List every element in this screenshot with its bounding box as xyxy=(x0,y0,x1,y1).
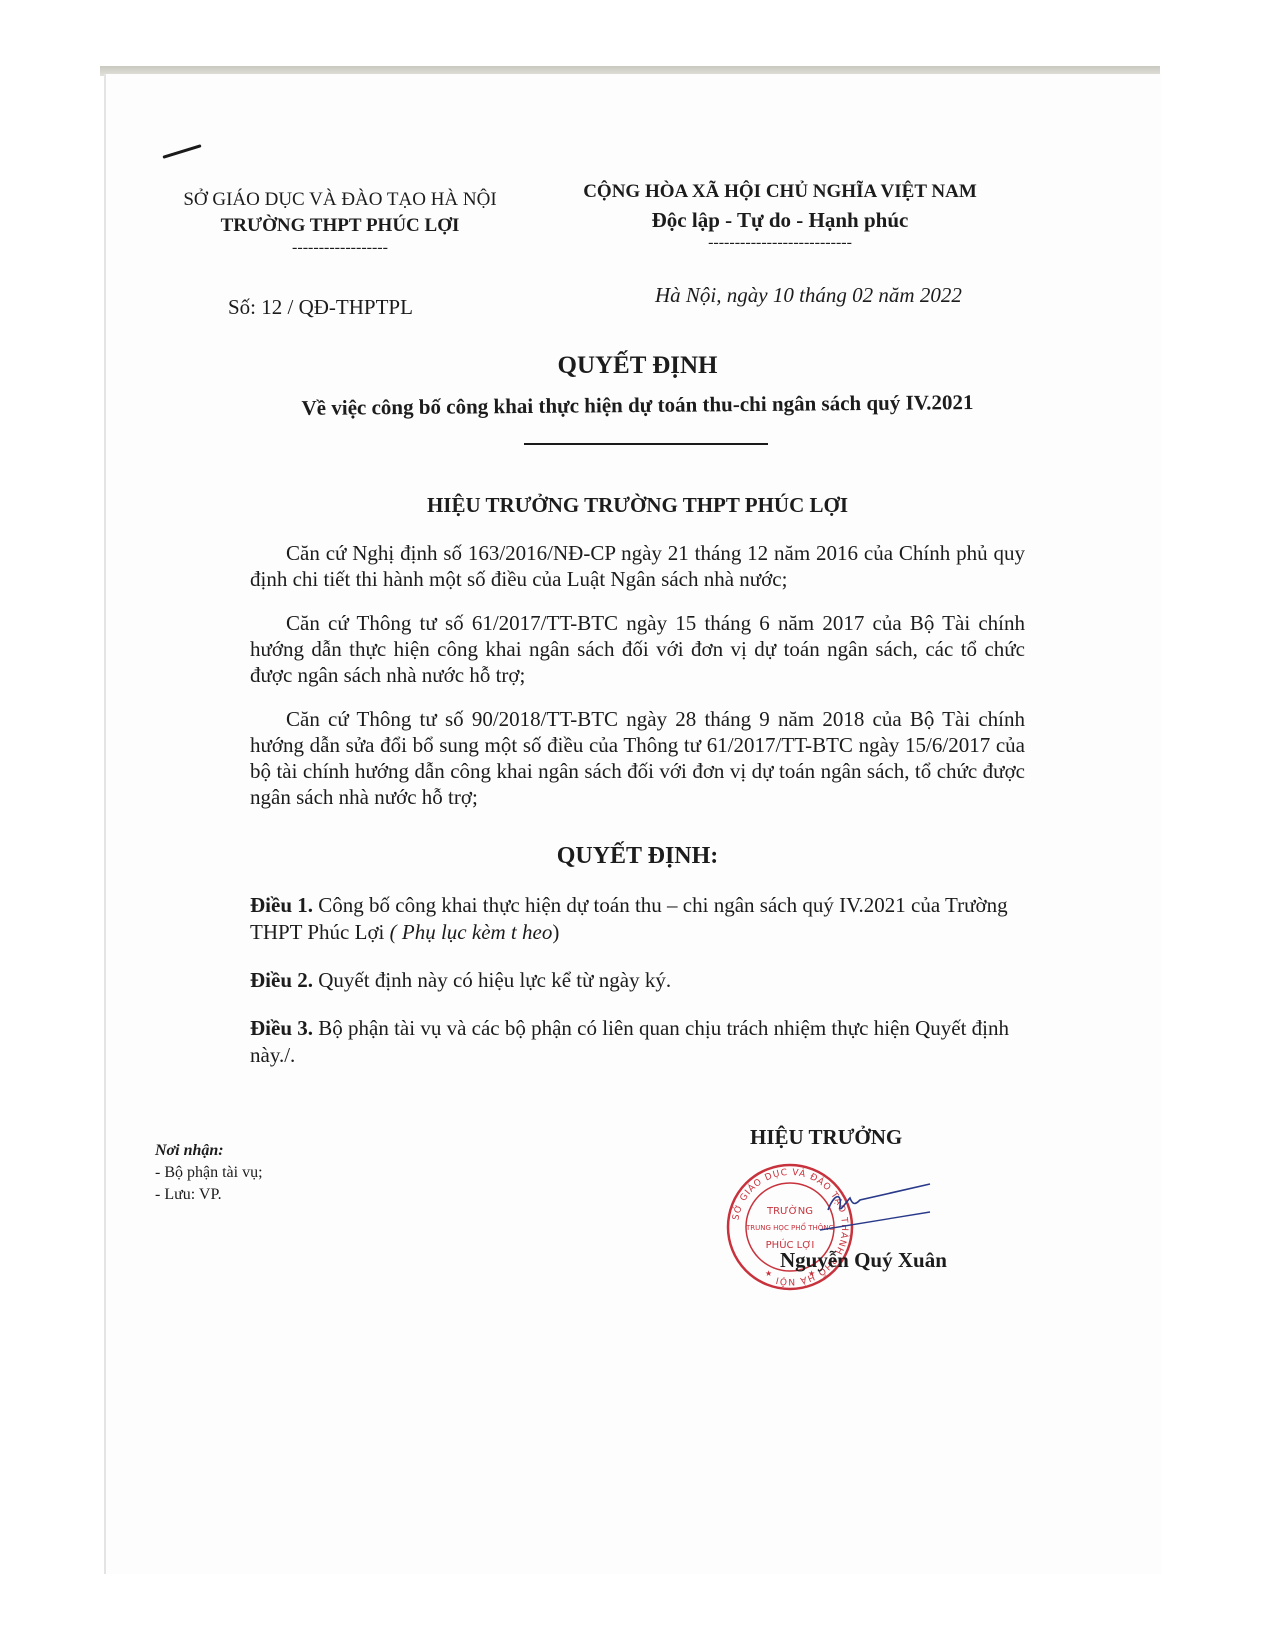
issuer-header: SỞ GIÁO DỤC VÀ ĐÀO TẠO HÀ NỘI TRƯỜNG THP… xyxy=(170,187,510,257)
article-text: Bộ phận tài vụ và các bộ phận có liên qu… xyxy=(250,1016,1009,1067)
svg-text:TRƯỜNG: TRƯỜNG xyxy=(766,1204,813,1217)
preamble: Căn cứ Nghị định số 163/2016/NĐ-CP ngày … xyxy=(250,540,1025,828)
title-divider xyxy=(524,443,768,445)
recipients: Nơi nhận: - Bộ phận tài vụ; - Lưu: VP. xyxy=(155,1140,263,1206)
article-3: Điều 3. Bộ phận tài vụ và các bộ phận có… xyxy=(250,1015,1025,1069)
article-note: ( Phụ lục kèm t heo xyxy=(390,920,553,944)
article-note-close: ) xyxy=(552,920,559,944)
article-label: Điều 3. xyxy=(250,1016,313,1040)
national-motto: Độc lập - Tự do - Hạnh phúc xyxy=(555,206,1005,234)
issuing-authority: HIỆU TRƯỞNG TRƯỜNG THPT PHÚC LỢI xyxy=(0,493,1275,518)
national-header: CỘNG HÒA XÃ HỘI CHỦ NGHĨA VIỆT NAM Độc l… xyxy=(555,178,1005,252)
national-divider: --------------------------- xyxy=(555,234,1005,252)
issuer-school: TRƯỜNG THPT PHÚC LỢI xyxy=(170,213,510,239)
issuer-divider: ------------------ xyxy=(170,239,510,257)
recipients-label: Nơi nhận: xyxy=(155,1140,263,1162)
national-title: CỘNG HÒA XÃ HỘI CHỦ NGHĨA VIỆT NAM xyxy=(555,178,1005,206)
decision-heading: QUYẾT ĐỊNH: xyxy=(0,843,1275,870)
issuer-department: SỞ GIÁO DỤC VÀ ĐÀO TẠO HÀ NỘI xyxy=(170,187,510,213)
article-1: Điều 1. Công bố công khai thực hiện dự t… xyxy=(250,892,1025,946)
article-label: Điều 2. xyxy=(250,968,313,992)
signer-name: Nguyễn Quý Xuân xyxy=(780,1248,947,1273)
signature-scribble xyxy=(820,1180,940,1240)
recipient-item: - Lưu: VP. xyxy=(155,1184,263,1206)
svg-text:★: ★ xyxy=(765,1269,772,1278)
preamble-clause: Căn cứ Thông tư số 61/2017/TT-BTC ngày 1… xyxy=(250,610,1025,688)
article-text: Công bố công khai thực hiện dự toán thu … xyxy=(250,893,1008,944)
document-title: QUYẾT ĐỊNH xyxy=(0,352,1275,380)
preamble-clause: Căn cứ Nghị định số 163/2016/NĐ-CP ngày … xyxy=(250,540,1025,592)
recipient-item: - Bộ phận tài vụ; xyxy=(155,1162,263,1184)
document-number: Số: 12 / QĐ-THPTPL xyxy=(228,295,413,320)
article-label: Điều 1. xyxy=(250,893,313,917)
place-date: Hà Nội, ngày 10 tháng 02 năm 2022 xyxy=(655,283,962,308)
signer-title: HIỆU TRƯỞNG xyxy=(750,1125,902,1150)
articles: Điều 1. Công bố công khai thực hiện dự t… xyxy=(250,892,1025,1090)
article-text: Quyết định này có hiệu lực kể từ ngày ký… xyxy=(313,968,671,992)
article-2: Điều 2. Quyết định này có hiệu lực kể từ… xyxy=(250,967,1025,994)
preamble-clause: Căn cứ Thông tư số 90/2018/TT-BTC ngày 2… xyxy=(250,706,1025,810)
